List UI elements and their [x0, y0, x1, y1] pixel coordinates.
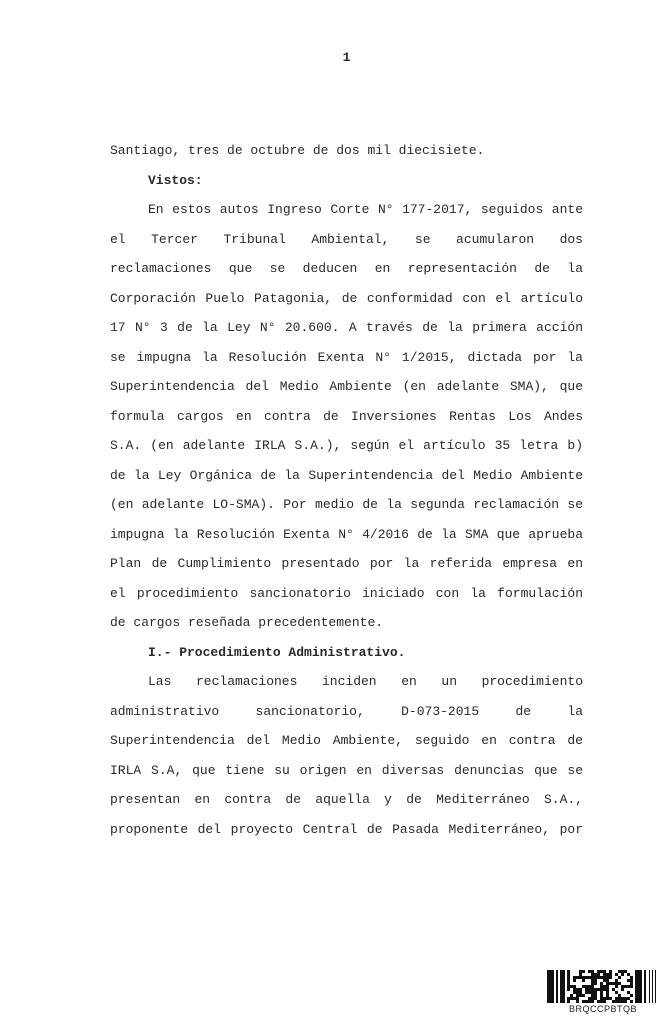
- text-line: de la Ley Orgánica de la Superintendenci…: [110, 461, 583, 491]
- text-line: presentan en contra de aquella y de Medi…: [110, 785, 583, 815]
- text-line: 17 N° 3 de la Ley N° 20.600. A través de…: [110, 313, 583, 343]
- page-number: 1: [110, 48, 583, 68]
- text-line: de cargos reseñada precedentemente.: [110, 608, 583, 638]
- scanned-court-document-page: 1 Santiago, tres de octubre de dos mil d…: [0, 0, 670, 1024]
- barcode-text: BRQCCPBTQB: [546, 1005, 660, 1014]
- section-heading-procedimiento-administrativo: I.- Procedimiento Administrativo.: [110, 638, 583, 668]
- text-line: Corporación Puelo Patagonia, de conformi…: [110, 284, 583, 314]
- text-line: Las reclamaciones inciden en un procedim…: [110, 667, 583, 697]
- text-line: reclamaciones que se deducen en represen…: [110, 254, 583, 284]
- document-body: Santiago, tres de octubre de dos mil die…: [110, 136, 583, 844]
- paragraph-procedimiento: Las reclamaciones inciden en un procedim…: [110, 667, 583, 844]
- text-line: administrativo sancionatorio, D-073-2015…: [110, 697, 583, 727]
- text-line: formula cargos en contra de Inversiones …: [110, 402, 583, 432]
- verification-barcode: BRQCCPBTQB: [546, 970, 660, 1014]
- text-line: el procedimiento sancionatorio iniciado …: [110, 579, 583, 609]
- paragraph-vistos: En estos autos Ingreso Corte N° 177-2017…: [110, 195, 583, 638]
- text-line: el Tercer Tribunal Ambiental, se acumula…: [110, 225, 583, 255]
- text-line: IRLA S.A, que tiene su origen en diversa…: [110, 756, 583, 786]
- text-line: Superintendencia del Medio Ambiente (en …: [110, 372, 583, 402]
- text-line: impugna la Resolución Exenta N° 4/2016 d…: [110, 520, 583, 550]
- text-line: proponente del proyecto Central de Pasad…: [110, 815, 583, 845]
- text-line: se impugna la Resolución Exenta N° 1/201…: [110, 343, 583, 373]
- text-line: Plan de Cumplimiento presentado por la r…: [110, 549, 583, 579]
- vistos-heading: Vistos:: [110, 166, 583, 196]
- date-line: Santiago, tres de octubre de dos mil die…: [110, 136, 583, 166]
- text-line: En estos autos Ingreso Corte N° 177-2017…: [110, 195, 583, 225]
- barcode-icon: [547, 970, 659, 1003]
- text-line: (en adelante LO-SMA). Por medio de la se…: [110, 490, 583, 520]
- text-line: Superintendencia del Medio Ambiente, seg…: [110, 726, 583, 756]
- text-line: S.A. (en adelante IRLA S.A.), según el a…: [110, 431, 583, 461]
